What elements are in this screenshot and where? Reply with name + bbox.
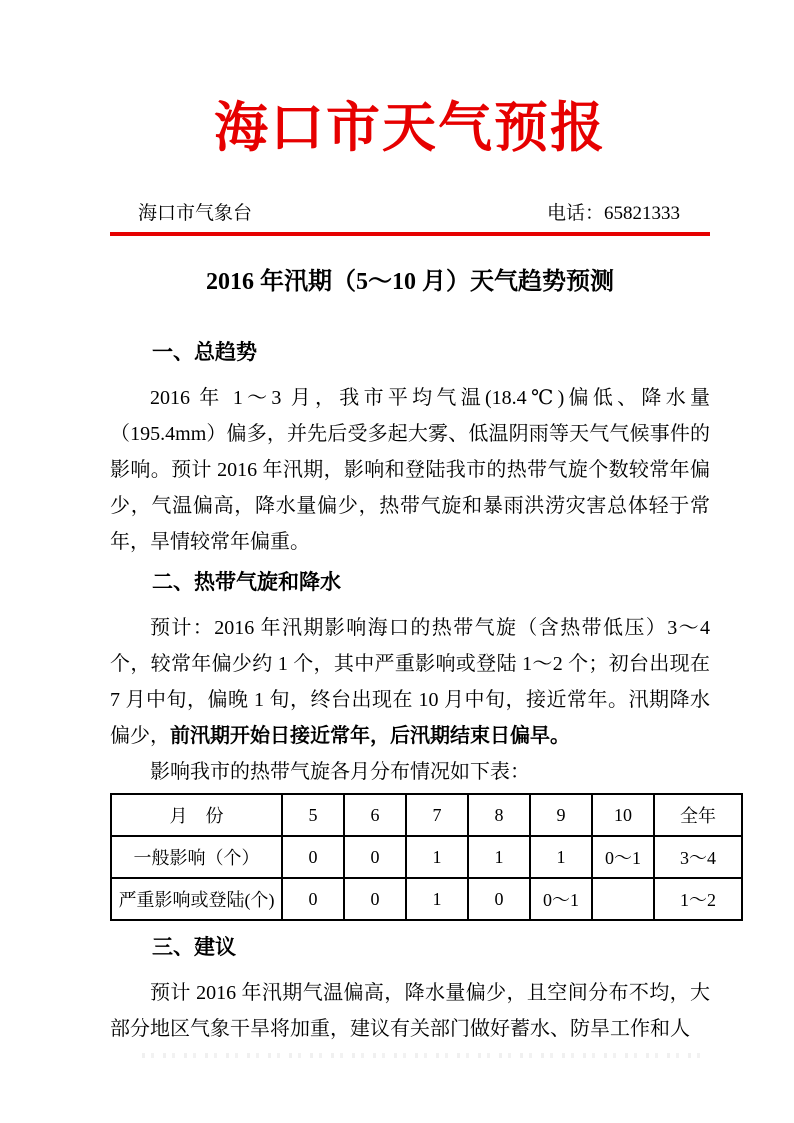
table-cell-severe-oct bbox=[592, 878, 654, 920]
table-cell-general-year: 3～4 bbox=[654, 836, 742, 878]
table-header-cell-month-label: 月 份 bbox=[111, 794, 282, 836]
table-cell-severe-jun: 0 bbox=[344, 878, 406, 920]
table-cell-severe-may: 0 bbox=[282, 878, 344, 920]
table-header-cell-jun: 6 bbox=[344, 794, 406, 836]
section2-text-bold: 前汛期开始日接近常年，后汛期结束日偏早。 bbox=[170, 725, 570, 747]
org-name: 海口市气象台 bbox=[138, 202, 252, 226]
monthly-distribution-table: 月 份 5 6 7 8 9 10 全年 一般影响（个） 0 0 1 1 1 0～… bbox=[110, 793, 743, 921]
table-cell-general-label: 一般影响（个） bbox=[111, 836, 282, 878]
masthead-row: 海口市气象台 电话：65821333 bbox=[110, 202, 710, 226]
section2-paragraph: 预计：2016 年汛期影响海口的热带气旋（含热带低压）3～4 个，较常年偏少约 … bbox=[110, 610, 710, 754]
table-cell-general-oct: 0～1 bbox=[592, 836, 654, 878]
document-title: 2016 年汛期（5～10 月）天气趋势预测 bbox=[110, 266, 710, 298]
table-row-severe-impact: 严重影响或登陆(个) 0 0 1 0 0～1 1～2 bbox=[111, 878, 742, 920]
table-cell-general-aug: 1 bbox=[468, 836, 530, 878]
document-page: 海口市天气预报 海口市气象台 电话：65821333 2016 年汛期（5～10… bbox=[0, 0, 794, 1123]
table-cell-severe-sep: 0～1 bbox=[530, 878, 592, 920]
masthead-title: 海口市天气预报 bbox=[110, 96, 710, 160]
table-header-cell-oct: 10 bbox=[592, 794, 654, 836]
table-cell-severe-aug: 0 bbox=[468, 878, 530, 920]
red-rule-divider bbox=[110, 232, 710, 236]
table-cell-severe-year: 1～2 bbox=[654, 878, 742, 920]
table-header-cell-aug: 8 bbox=[468, 794, 530, 836]
table-cell-general-jun: 0 bbox=[344, 836, 406, 878]
table-header-cell-jul: 7 bbox=[406, 794, 468, 836]
table-header-row: 月 份 5 6 7 8 9 10 全年 bbox=[111, 794, 742, 836]
table-intro-line: 影响我市的热带气旋各月分布情况如下表： bbox=[110, 754, 710, 790]
section2-heading: 二、热带气旋和降水 bbox=[110, 568, 710, 596]
table-cell-general-sep: 1 bbox=[530, 836, 592, 878]
section1-heading: 一、总趋势 bbox=[110, 338, 710, 366]
table-header-cell-sep: 9 bbox=[530, 794, 592, 836]
table-header-cell-may: 5 bbox=[282, 794, 344, 836]
table-row-general-impact: 一般影响（个） 0 0 1 1 1 0～1 3～4 bbox=[111, 836, 742, 878]
section3-heading: 三、建议 bbox=[110, 933, 710, 961]
table-cell-severe-label: 严重影响或登陆(个) bbox=[111, 878, 282, 920]
phone-number: 电话：65821333 bbox=[547, 202, 680, 226]
table-cell-general-jul: 1 bbox=[406, 836, 468, 878]
section1-paragraph: 2016 年 1～3 月，我市平均气温(18.4℃)偏低、降水量（195.4mm… bbox=[110, 380, 710, 560]
table-cell-general-may: 0 bbox=[282, 836, 344, 878]
table-header-cell-year: 全年 bbox=[654, 794, 742, 836]
section3-paragraph: 预计 2016 年汛期气温偏高，降水量偏少，且空间分布不均，大部分地区气象干旱将… bbox=[110, 975, 710, 1047]
table-cell-severe-jul: 1 bbox=[406, 878, 468, 920]
clipped-next-line-remnant bbox=[142, 1053, 702, 1058]
